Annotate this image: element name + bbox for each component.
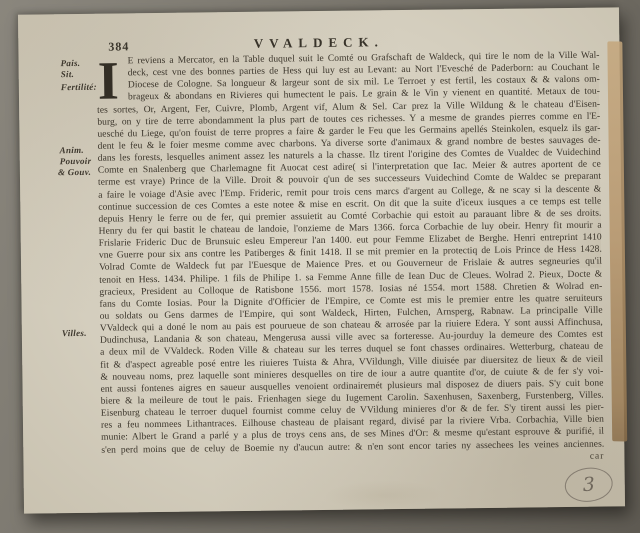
body-text: E reviens a Mercator, en la Table duquel… bbox=[96, 50, 604, 457]
margin-note-anim: Anim. bbox=[60, 145, 84, 155]
margin-note-gouv: & Gouv. bbox=[58, 167, 91, 177]
margin-note-pais: Pais. bbox=[61, 58, 81, 68]
pencil-circle-mark: 3 bbox=[563, 465, 615, 504]
margin-note-fertilite: Fertilité: bbox=[61, 82, 97, 92]
photo-of-antique-page: { "page": { "number": "384", "title": "V… bbox=[0, 0, 640, 533]
handwritten-number: 3 bbox=[582, 473, 595, 496]
margin-note-pouvoir: Pouvoir bbox=[60, 156, 92, 166]
page-edge-deckle bbox=[607, 41, 627, 441]
margin-note-villes: Villes. bbox=[62, 328, 87, 338]
paper-stain bbox=[324, 480, 444, 511]
margin-note-sit: Sit. bbox=[61, 69, 75, 79]
document-page: 384 VVALDECK. Pais. Sit. Fertilité: Anim… bbox=[18, 7, 625, 513]
